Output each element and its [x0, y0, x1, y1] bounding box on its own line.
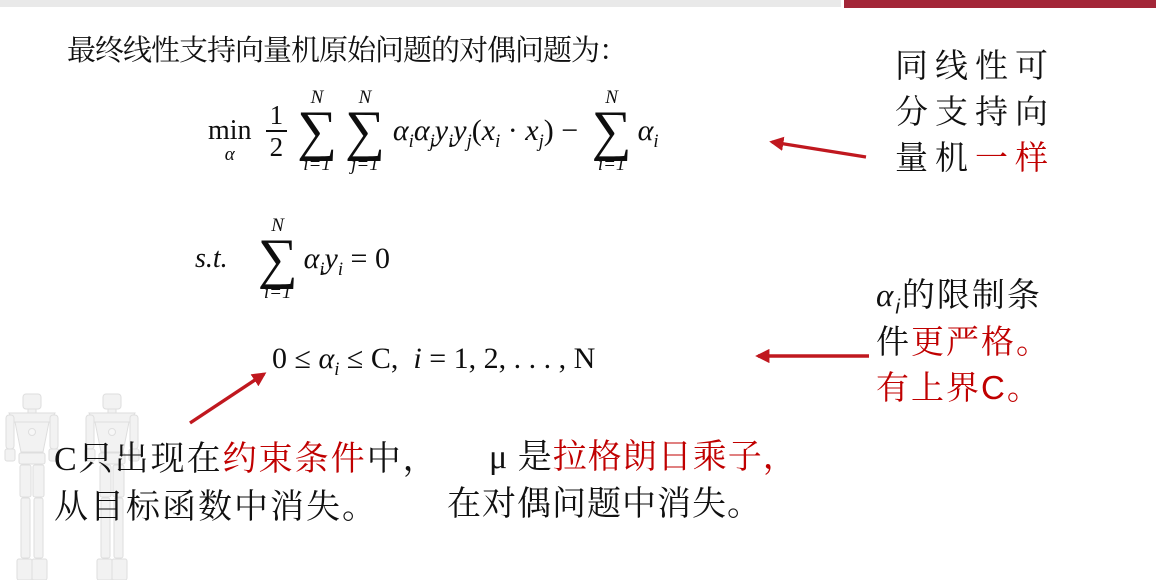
sum-over-i: N ∑ i=1	[297, 88, 337, 174]
arrow-to-sum-alpha-icon	[772, 142, 866, 157]
sigma-icon: ∑	[258, 235, 298, 283]
equality-body: αiyi = 0	[304, 242, 390, 276]
note-alpha-constraint-stricter: αi的限制条 件更严格。 有上界C。	[876, 272, 1051, 411]
sigma-icon: ∑	[297, 107, 337, 155]
fraction-one-half: 1 2	[266, 101, 288, 162]
slide-canvas: 最终线性支持向量机原始问题的对偶问题为： min α 1 2 N ∑ i=1 N…	[0, 0, 1156, 580]
subject-to-label: s.t.	[195, 243, 228, 275]
box-constraint-formula: 0 ≤ αi ≤ C, i = 1, 2, . . . , N	[272, 342, 595, 376]
highlight-red-text: 更严格。	[911, 323, 1051, 360]
sigma-icon: ∑	[592, 107, 632, 155]
min-label: min	[208, 117, 252, 145]
highlight-red-text: 拉格朗日乘子，	[553, 439, 798, 476]
note-line: 在对偶问题中消失。	[447, 481, 798, 528]
objective-body: αiαjyiyj(xi · xj) −	[393, 114, 586, 148]
note-line: 同线性可	[895, 44, 1055, 90]
arrow-from-c-note-icon	[190, 374, 264, 423]
sum-over-i-second: N ∑ i=1	[592, 88, 632, 174]
note-mu-lagrange-multiplier: μ 是拉格朗日乘子， 在对偶问题中消失。	[447, 434, 798, 528]
highlight-red-text: 一样	[975, 141, 1055, 177]
box-constraint-body: 0 ≤ αi ≤ C, i = 1, 2, . . . , N	[272, 342, 595, 376]
note-line: 分支持向	[895, 90, 1055, 136]
dual-objective-formula: min α 1 2 N ∑ i=1 N ∑ j=1 αiαjyiyj(xi · …	[208, 88, 659, 174]
note-c-only-in-constraints: C只出现在约束条件中， 从目标函数中消失。	[54, 436, 439, 532]
sum-over-i: N ∑ i=1	[258, 216, 298, 302]
note-line: μ 是拉格朗日乘子，	[447, 434, 798, 481]
note-line: C只出现在约束条件中，	[54, 436, 439, 484]
note-line: 件更严格。	[876, 319, 1051, 365]
highlight-red-text: 约束条件	[223, 441, 367, 478]
objective-tail: αi	[638, 114, 659, 148]
note-line: 有上界C。	[876, 365, 1051, 411]
min-under-alpha: α	[225, 145, 235, 164]
note-line: αi的限制条	[876, 272, 1051, 319]
top-gray-bar	[0, 0, 841, 7]
note-line: 量机一样	[895, 136, 1055, 182]
equality-constraint-formula: s.t. N ∑ i=1 αiyi = 0	[195, 216, 390, 302]
sigma-icon: ∑	[345, 107, 385, 155]
sum-over-j: N ∑ j=1	[345, 88, 385, 174]
slide-title: 最终线性支持向量机原始问题的对偶问题为：	[67, 28, 627, 69]
note-line: 从目标函数中消失。	[54, 484, 439, 532]
min-operator: min α	[208, 117, 252, 164]
top-red-bar	[844, 0, 1156, 8]
note-same-as-separable-svm: 同线性可 分支持向 量机一样	[895, 44, 1055, 182]
